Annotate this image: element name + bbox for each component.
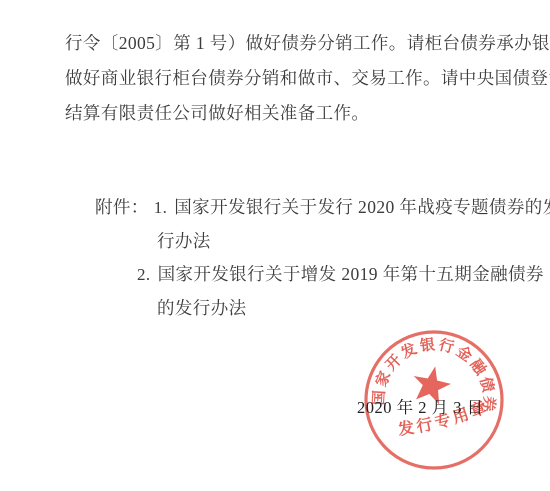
attachment-item-2-line-2: 的发行办法 (95, 292, 550, 326)
attachment-item-1-number: 1. (154, 198, 168, 217)
body-paragraph: 行令〔2005〕第 1 号）做好债券分销工作。请柜台债券承办银行 做好商业银行柜… (65, 26, 550, 131)
attachment-item-1-text: 国家开发银行关于发行 2020 年战疫专题债券的发 (174, 197, 550, 217)
issue-date: 2020 年 2 月 3 日 (357, 394, 484, 418)
attachment-item-1-line-2: 行办法 (95, 225, 550, 259)
attachment-item-1-line-1: 附件：1.国家开发银行关于发行 2020 年战疫专题债券的发 (95, 191, 550, 225)
body-text-line: 结算有限责任公司做好相关准备工作。 (65, 96, 550, 131)
attachment-item-2-text: 国家开发银行关于增发 2019 年第十五期金融债券 (158, 264, 544, 284)
attachment-item-2-line-1: 2.国家开发银行关于增发 2019 年第十五期金融债券 (95, 258, 550, 292)
attachment-section: 附件：1.国家开发银行关于发行 2020 年战疫专题债券的发 行办法 2.国家开… (95, 191, 550, 325)
attachment-item-2-number: 2. (137, 265, 151, 284)
body-text-line: 做好商业银行柜台债券分销和做市、交易工作。请中央国债登记 (65, 61, 550, 96)
document-page: 行令〔2005〕第 1 号）做好债券分销工作。请柜台债券承办银行 做好商业银行柜… (0, 0, 550, 491)
attachment-label: 附件： (95, 197, 149, 217)
body-text-line: 行令〔2005〕第 1 号）做好债券分销工作。请柜台债券承办银行 (65, 26, 550, 61)
